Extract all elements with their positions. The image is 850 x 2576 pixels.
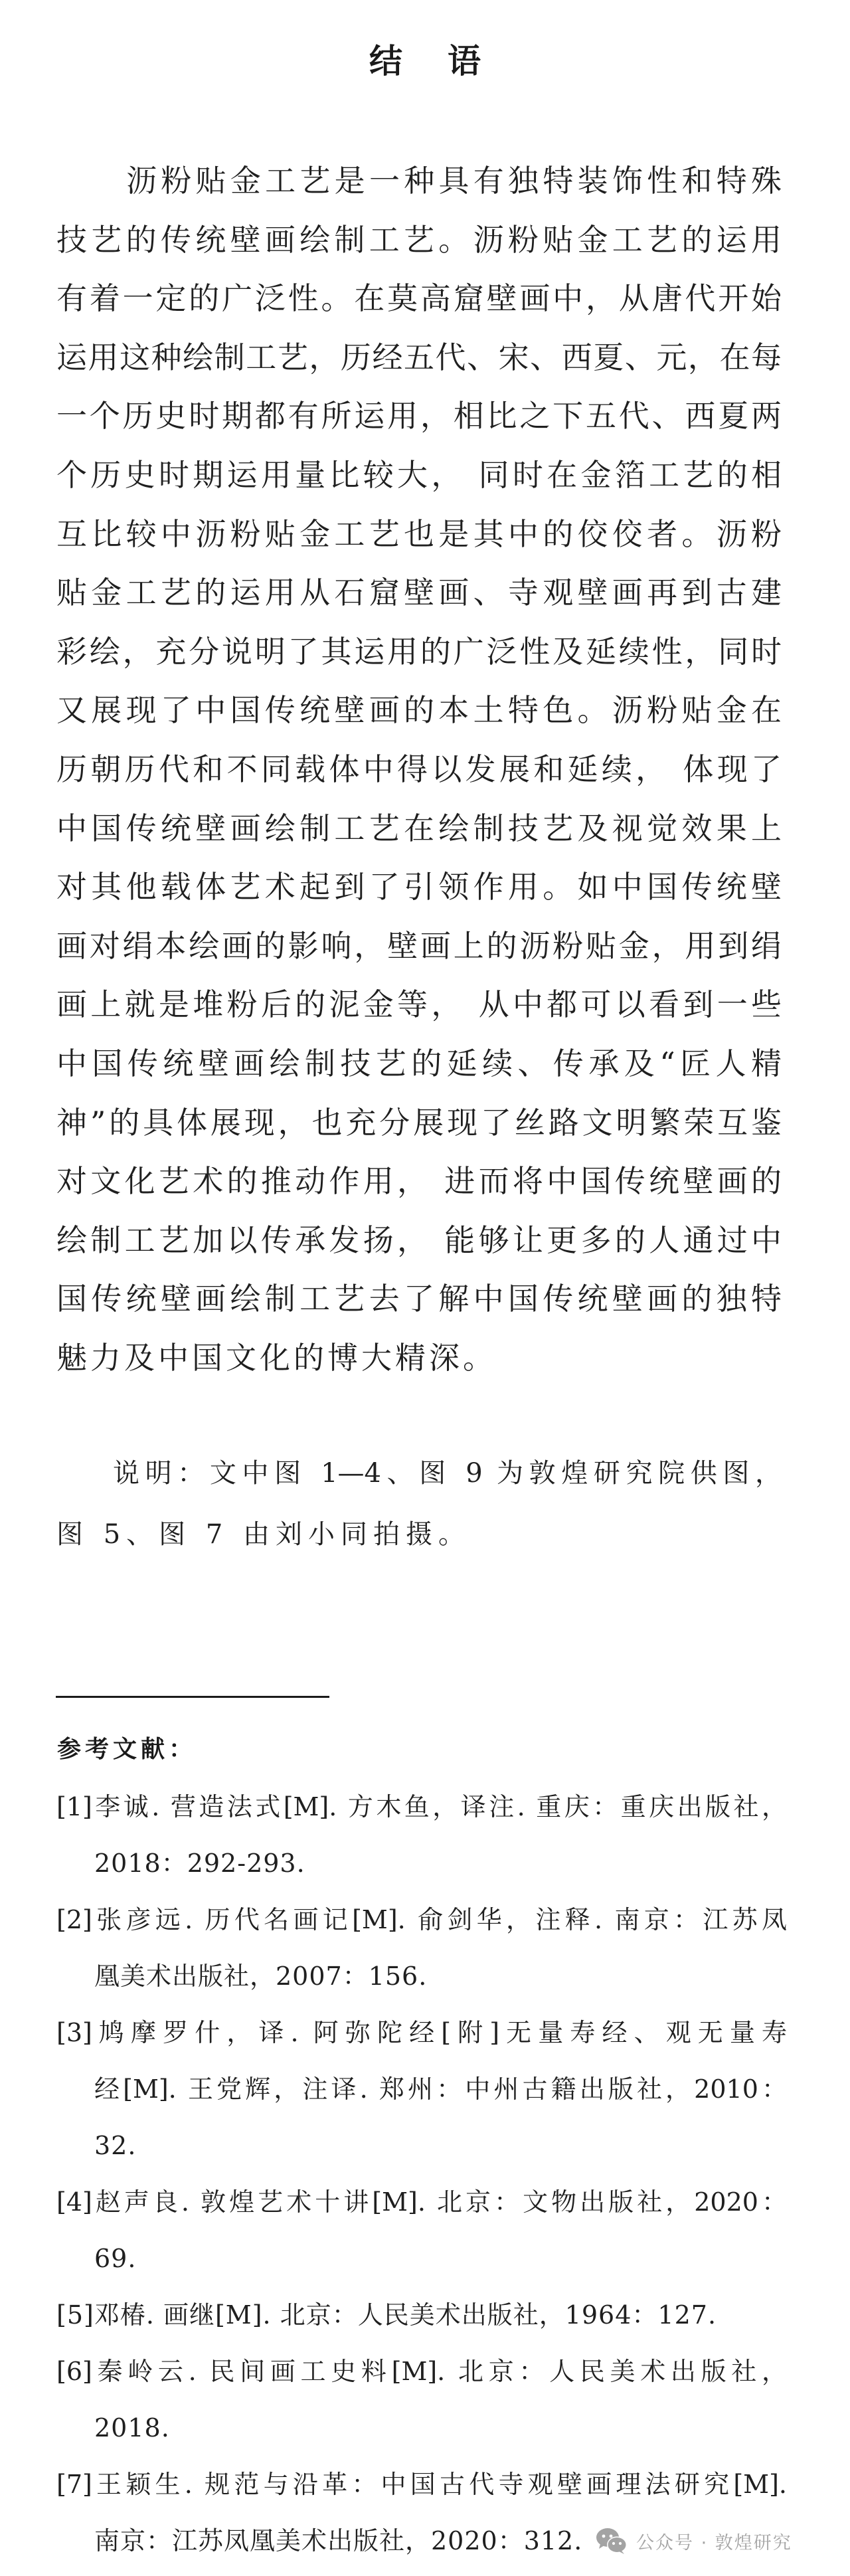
reference-line: [3]鸠摩罗什，译. 阿弥陀经[附]无量寿经、观无量寿 — [56, 2017, 787, 2048]
section-title: 结语 — [0, 40, 850, 82]
reference-line: 32. — [94, 2130, 787, 2161]
article-page: 结语 沥粉贴金工艺是一种具有独特装饰性和特殊 技艺的传统壁画绘制工艺。沥粉贴金工… — [0, 0, 850, 2576]
reference-line: [4]赵声良. 敦煌艺术十讲[M]. 北京：文物出版社，2020： — [56, 2187, 787, 2217]
paragraph-line: 一个历史时期都有所运用，相比之下五代、西夏两 — [56, 399, 782, 433]
references-heading: 参考文献： — [57, 1734, 197, 1766]
reference-line: 经[M]. 王党辉，注译. 郑州：中州古籍出版社，2010： — [94, 2074, 787, 2104]
reference-line: 2018. — [94, 2413, 787, 2443]
reference-line: [1]李诚. 营造法式[M]. 方木鱼，译注. 重庆：重庆出版社， — [56, 1792, 787, 1822]
paragraph-line: 运用这种绘制工艺，历经五代、宋、西夏、元，在每 — [56, 340, 782, 375]
paragraph-line: 神”的具体展现，也充分展现了丝路文明繁荣互鉴 — [56, 1105, 782, 1140]
paragraph-line: 国传统壁画绘制工艺去了解中国传统壁画的独特 — [56, 1281, 782, 1316]
paragraph-line: 对其他载体艺术起到了引领作用。如中国传统壁 — [56, 870, 782, 904]
reference-line: 2018：292-293. — [94, 1848, 787, 1879]
wechat-icon — [595, 2526, 628, 2555]
paragraph-line: 有着一定的广泛性。在莫高窟壁画中，从唐代开始 — [56, 281, 782, 316]
paragraph-line: 绘制工艺加以传承发扬， 能够让更多的人通过中 — [56, 1223, 782, 1257]
paragraph-line: 魅力及中国文化的博大精深。 — [56, 1340, 782, 1375]
paragraph-line: 技艺的传统壁画绘制工艺。沥粉贴金工艺的运用 — [56, 223, 782, 257]
paragraph-line: 个历史时期运用量比较大， 同时在金箔工艺的相 — [56, 458, 782, 492]
paragraph-line: 又展现了中国传统壁画的本土特色。沥粉贴金在 — [56, 693, 782, 727]
paragraph-line: 彩绘，充分说明了其运用的广泛性及延续性，同时 — [56, 634, 782, 669]
paragraph-line: 画上就是堆粉后的泥金等， 从中都可以看到一些 — [56, 987, 782, 1022]
paragraph-line: 互比较中沥粉贴金工艺也是其中的佼佼者。沥粉 — [56, 517, 782, 551]
reference-line: [7]王颖生. 规范与沿革：中国古代寺观壁画理法研究[M]. — [56, 2469, 787, 2500]
note-line: 图 5、图 7 由刘小同拍摄。 — [56, 1518, 471, 1550]
paragraph-line: 中国传统壁画绘制技艺的延续、传承及“匠人精 — [56, 1046, 782, 1081]
paragraph-line: 历朝历代和不同载体中得以发展和延续， 体现了 — [56, 752, 782, 786]
watermark-text: 公众号 · 敦煌研究 — [636, 2528, 792, 2554]
title-char-1: 结 — [369, 40, 402, 82]
paragraph-line: 贴金工艺的运用从石窟壁画、寺观壁画再到古建 — [56, 575, 782, 610]
reference-line: 凰美术出版社，2007：156. — [94, 1961, 787, 1991]
paragraph-line: 沥粉贴金工艺是一种具有独特装饰性和特殊 — [126, 163, 782, 198]
paragraph-line: 画对绢本绘画的影响，壁画上的沥粉贴金，用到绢 — [56, 929, 782, 963]
paragraph-line: 中国传统壁画绘制工艺在绘制技艺及视觉效果上 — [56, 811, 782, 846]
reference-line: [6]秦岭云. 民间画工史料[M]. 北京：人民美术出版社， — [56, 2356, 787, 2387]
footnote-separator — [56, 1696, 329, 1698]
reference-line: [2]张彦远. 历代名画记[M]. 俞剑华，注释. 南京：江苏凤 — [56, 1904, 787, 1935]
title-char-2: 语 — [448, 40, 481, 82]
account-watermark: 公众号 · 敦煌研究 — [595, 2526, 792, 2555]
paragraph-line: 对文化艺术的推动作用， 进而将中国传统壁画的 — [56, 1164, 782, 1198]
reference-line: 69. — [94, 2243, 787, 2274]
note-line: 说明：文中图 1—4、图 9 为敦煌研究院供图， — [113, 1457, 782, 1489]
reference-line: [5]邓椿. 画继[M]. 北京：人民美术出版社，1964：127. — [56, 2300, 787, 2330]
